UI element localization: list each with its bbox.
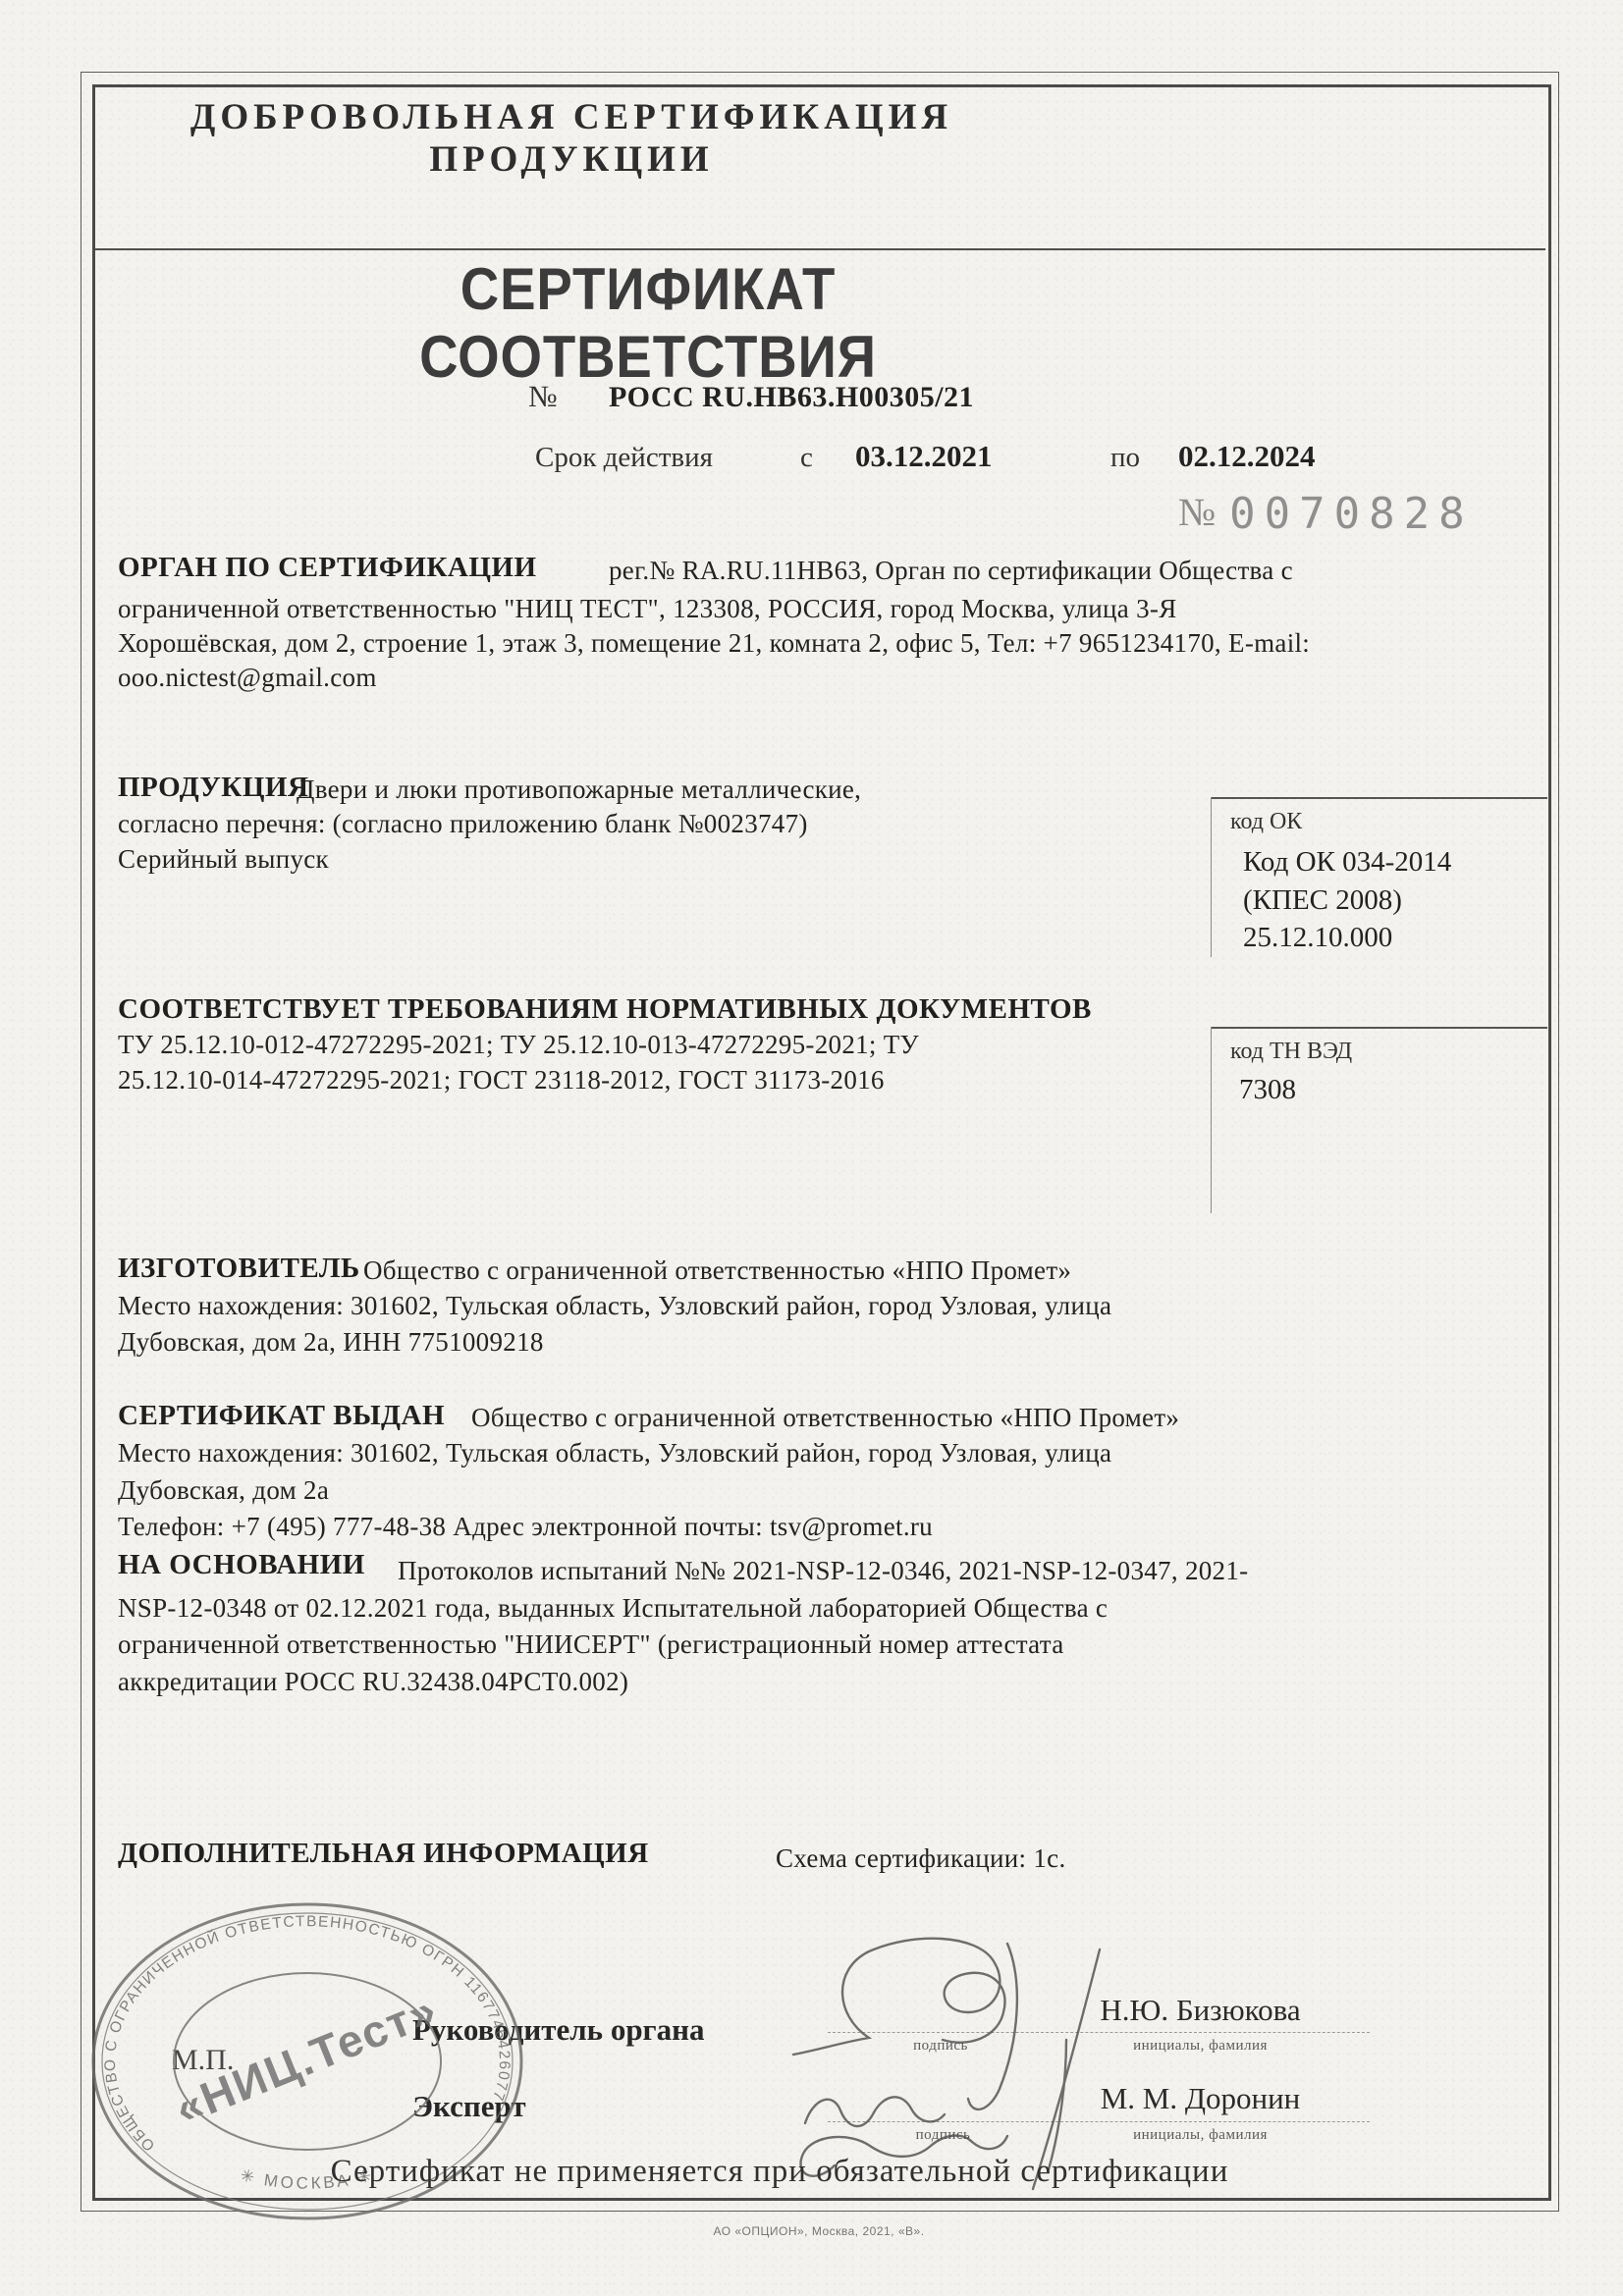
ok-code-box — [1211, 797, 1547, 799]
issued-line-3: Дубовская, дом 2а — [118, 1475, 329, 1506]
section-basis-label: НА ОСНОВАНИИ — [118, 1549, 365, 1581]
basis-line-4: аккредитации РОСС RU.32438.04РСТ0.002) — [118, 1667, 628, 1697]
serial-number-digits: 0070828 — [1229, 489, 1473, 539]
basis-line-3: ограниченной ответственностью "НИИСЕРТ" … — [118, 1629, 1063, 1660]
validity-label: Срок действия — [535, 442, 713, 474]
product-line-3: Серийный выпуск — [118, 844, 329, 875]
section-issued-label: СЕРТИФИКАТ ВЫДАН — [118, 1400, 445, 1432]
issued-line-4: Телефон: +7 (495) 777-48-38 Адрес электр… — [118, 1512, 933, 1542]
organ-line-1: рег.№ RA.RU.11НВ63, Орган по сертификаци… — [609, 556, 1293, 586]
ok-code-label: код ОК — [1230, 809, 1302, 835]
stamp-center-text: «НИЦ.Тест» — [168, 1983, 445, 2134]
additional-value: Схема сертификации: 1с. — [776, 1843, 1066, 1874]
certificate-title: СЕРТИФИКАТ СООТВЕТСТВИЯ — [246, 255, 1051, 391]
section-product-label: ПРОДУКЦИЯ — [118, 772, 308, 804]
ok-code-box-left — [1211, 797, 1212, 957]
basis-line-2: NSP-12-0348 от 02.12.2021 года, выданных… — [118, 1593, 1108, 1624]
section-additional-label: ДОПОЛНИТЕЛЬНАЯ ИНФОРМАЦИЯ — [118, 1838, 649, 1870]
ok-code-line-2: (КПЕС 2008) — [1243, 884, 1402, 917]
cert-number-label: № — [528, 379, 558, 414]
product-line-2: согласно перечня: (согласно приложению б… — [118, 809, 808, 839]
validity-from-date: 03.12.2021 — [855, 439, 993, 474]
section-organ-label: ОРГАН ПО СЕРТИФИКАЦИИ — [118, 552, 537, 584]
organ-line-2: ограниченной ответственностью "НИЦ ТЕСТ"… — [118, 594, 1177, 624]
tnved-value: 7308 — [1239, 1074, 1296, 1106]
expert-signature-stroke-1 — [805, 2097, 945, 2126]
basis-line-1: Протоколов испытаний №№ 2021-NSP-12-0346… — [398, 1556, 1248, 1586]
tnved-label: код ТН ВЭД — [1230, 1039, 1352, 1065]
organ-line-4: ooo.nictest@gmail.com — [118, 663, 377, 693]
organ-line-3: Хорошёвская, дом 2, строение 1, этаж 3, … — [118, 628, 1310, 659]
issued-line-1: Общество с ограниченной ответственностью… — [471, 1403, 1179, 1433]
serial-number: № 0070828 — [1178, 489, 1474, 539]
header-separator — [95, 248, 1545, 250]
section-conforms-label: СООТВЕТСТВУЕТ ТРЕБОВАНИЯМ НОРМАТИВНЫХ ДО… — [118, 993, 1092, 1026]
manufacturer-line-3: Дубовская, дом 2а, ИНН 7751009218 — [118, 1327, 544, 1358]
head-signature-stroke — [793, 1939, 1005, 2055]
ok-code-line-1: Код ОК 034-2014 — [1243, 846, 1451, 879]
head-signature-tail — [968, 1944, 1017, 2109]
issued-line-2: Место нахождения: 301602, Тульская облас… — [118, 1438, 1111, 1468]
product-line-1: Двери и люки противопожарные металлическ… — [297, 774, 861, 805]
certificate-note: Сертификат не применяется при обязательн… — [92, 2154, 1467, 2190]
tnved-box-left — [1211, 1027, 1212, 1213]
ok-code-line-3: 25.12.10.000 — [1243, 922, 1392, 954]
validity-to-date: 02.12.2024 — [1178, 439, 1316, 474]
section-manufacturer-label: ИЗГОТОВИТЕЛЬ — [118, 1253, 360, 1285]
header-title: ДОБРОВОЛЬНАЯ СЕРТИФИКАЦИЯ ПРОДУКЦИИ — [95, 96, 1048, 181]
footer-note: АО «ОПЦИОН», Москва, 2021, «В». — [92, 2224, 1545, 2238]
validity-from-label: с — [800, 442, 813, 474]
manufacturer-line-1: Общество с ограниченной ответственностью… — [363, 1255, 1071, 1286]
cert-number-value: РОСС RU.HB63.H00305/21 — [609, 381, 974, 414]
conforms-line-2: 25.12.10-014-47272295-2021; ГОСТ 23118-2… — [118, 1065, 885, 1095]
tnved-box — [1211, 1027, 1547, 1029]
conforms-line-1: ТУ 25.12.10-012-47272295-2021; ТУ 25.12.… — [118, 1030, 919, 1060]
manufacturer-line-2: Место нахождения: 301602, Тульская облас… — [118, 1291, 1111, 1321]
validity-to-label: по — [1110, 442, 1140, 474]
certificate-page: { "colors": { "ink": "#2f2f2f", "stamp":… — [0, 0, 1623, 2296]
serial-number-label: № — [1178, 490, 1216, 534]
